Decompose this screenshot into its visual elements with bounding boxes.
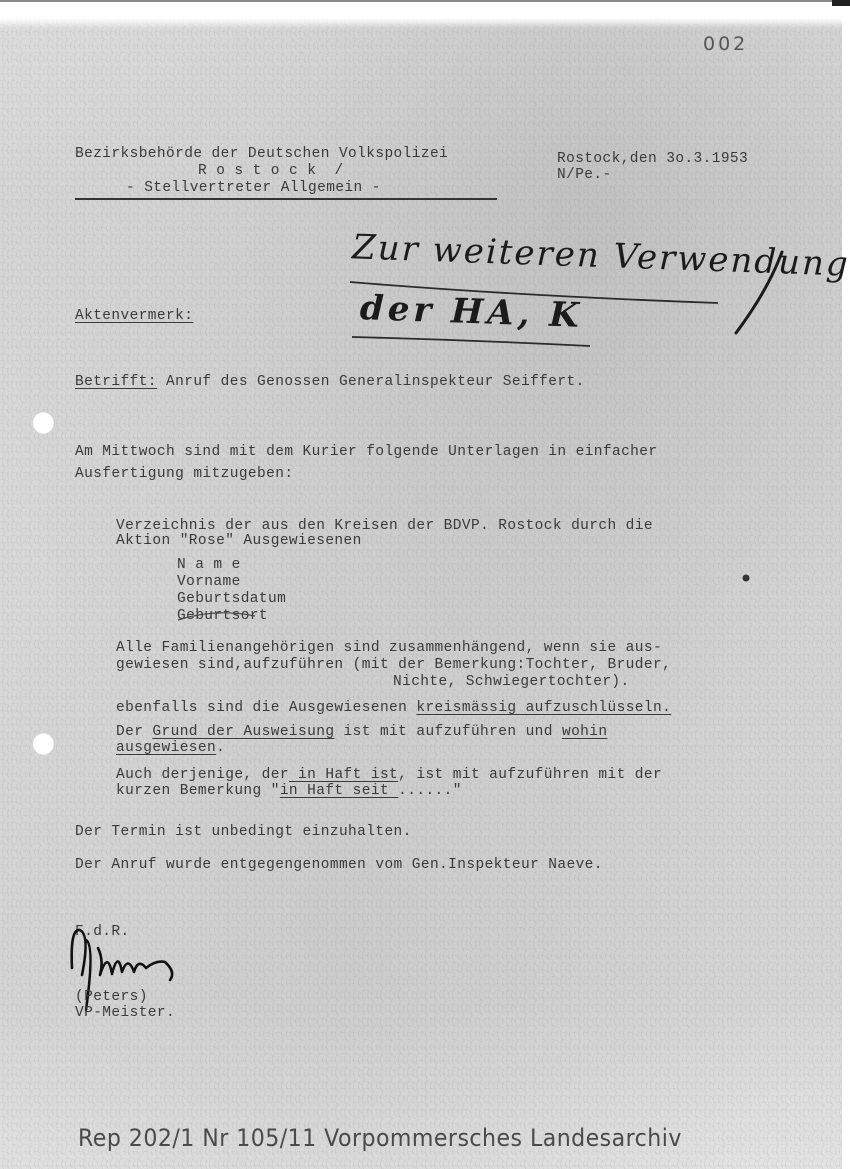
- signatory-rank: VP-Meister.: [75, 1005, 175, 1022]
- archive-reference: Rep 202/1 Nr 105/11 Vorpommersches Lande…: [78, 1124, 682, 1152]
- signatory-name: (Peters): [75, 989, 148, 1006]
